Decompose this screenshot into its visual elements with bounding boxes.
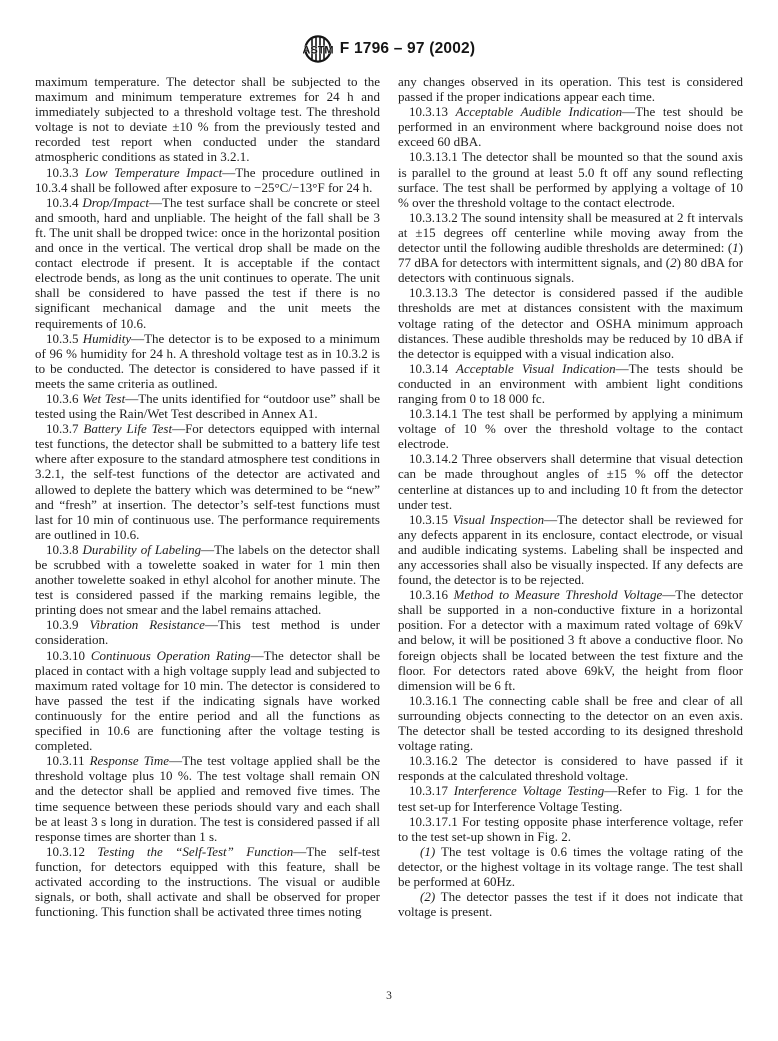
paragraph: (2) The detector passes the test if it d… [398,889,743,919]
document-title: F 1796 – 97 (2002) [340,40,475,58]
paragraph: 10.3.15 Visual Inspection—The detector s… [398,512,743,587]
paragraph: 10.3.16 Method to Measure Threshold Volt… [398,587,743,693]
page-number: 3 [386,990,392,1002]
paragraph: (1) The test voltage is 0.6 times the vo… [398,844,743,889]
paragraph: 10.3.8 Durability of Labeling—The labels… [35,542,380,617]
column-right: any changes observed in its operation. T… [398,74,743,919]
paragraph: 10.3.17 Interference Voltage Testing—Ref… [398,783,743,813]
paragraph: 10.3.14 Acceptable Visual Indication—The… [398,361,743,406]
paragraph: 10.3.12 Testing the “Self-Test” Function… [35,844,380,919]
column-left: maximum temperature. The detector shall … [35,74,380,919]
svg-text:ASTM: ASTM [303,45,333,57]
paragraph: 10.3.14.2 Three observers shall determin… [398,451,743,511]
paragraph: any changes observed in its operation. T… [398,74,743,104]
paragraph: 10.3.10 Continuous Operation Rating—The … [35,648,380,754]
paragraph: 10.3.13.2 The sound intensity shall be m… [398,210,743,285]
page-footer: 3 [0,990,778,1002]
two-column-body: maximum temperature. The detector shall … [35,74,743,919]
astm-logo-icon: ASTM [303,34,333,64]
page-header: ASTM F 1796 – 97 (2002) [0,34,778,64]
paragraph: maximum temperature. The detector shall … [35,74,380,165]
paragraph: 10.3.11 Response Time—The test voltage a… [35,753,380,844]
paragraph: 10.3.7 Battery Life Test—For detectors e… [35,421,380,542]
paragraph: 10.3.3 Low Temperature Impact—The proced… [35,165,380,195]
document-page: ASTM F 1796 – 97 (2002) maximum temperat… [0,0,778,1041]
paragraph: 10.3.13.1 The detector shall be mounted … [398,149,743,209]
paragraph: 10.3.13 Acceptable Audible Indication—Th… [398,104,743,149]
paragraph: 10.3.6 Wet Test—The units identified for… [35,391,380,421]
paragraph: 10.3.17.1 For testing opposite phase int… [398,814,743,844]
paragraph: 10.3.5 Humidity—The detector is to be ex… [35,331,380,391]
paragraph: 10.3.13.3 The detector is considered pas… [398,285,743,360]
paragraph: 10.3.9 Vibration Resistance—This test me… [35,617,380,647]
paragraph: 10.3.16.2 The detector is considered to … [398,753,743,783]
paragraph: 10.3.4 Drop/Impact—The test surface shal… [35,195,380,331]
paragraph: 10.3.16.1 The connecting cable shall be … [398,693,743,753]
paragraph: 10.3.14.1 The test shall be performed by… [398,406,743,451]
